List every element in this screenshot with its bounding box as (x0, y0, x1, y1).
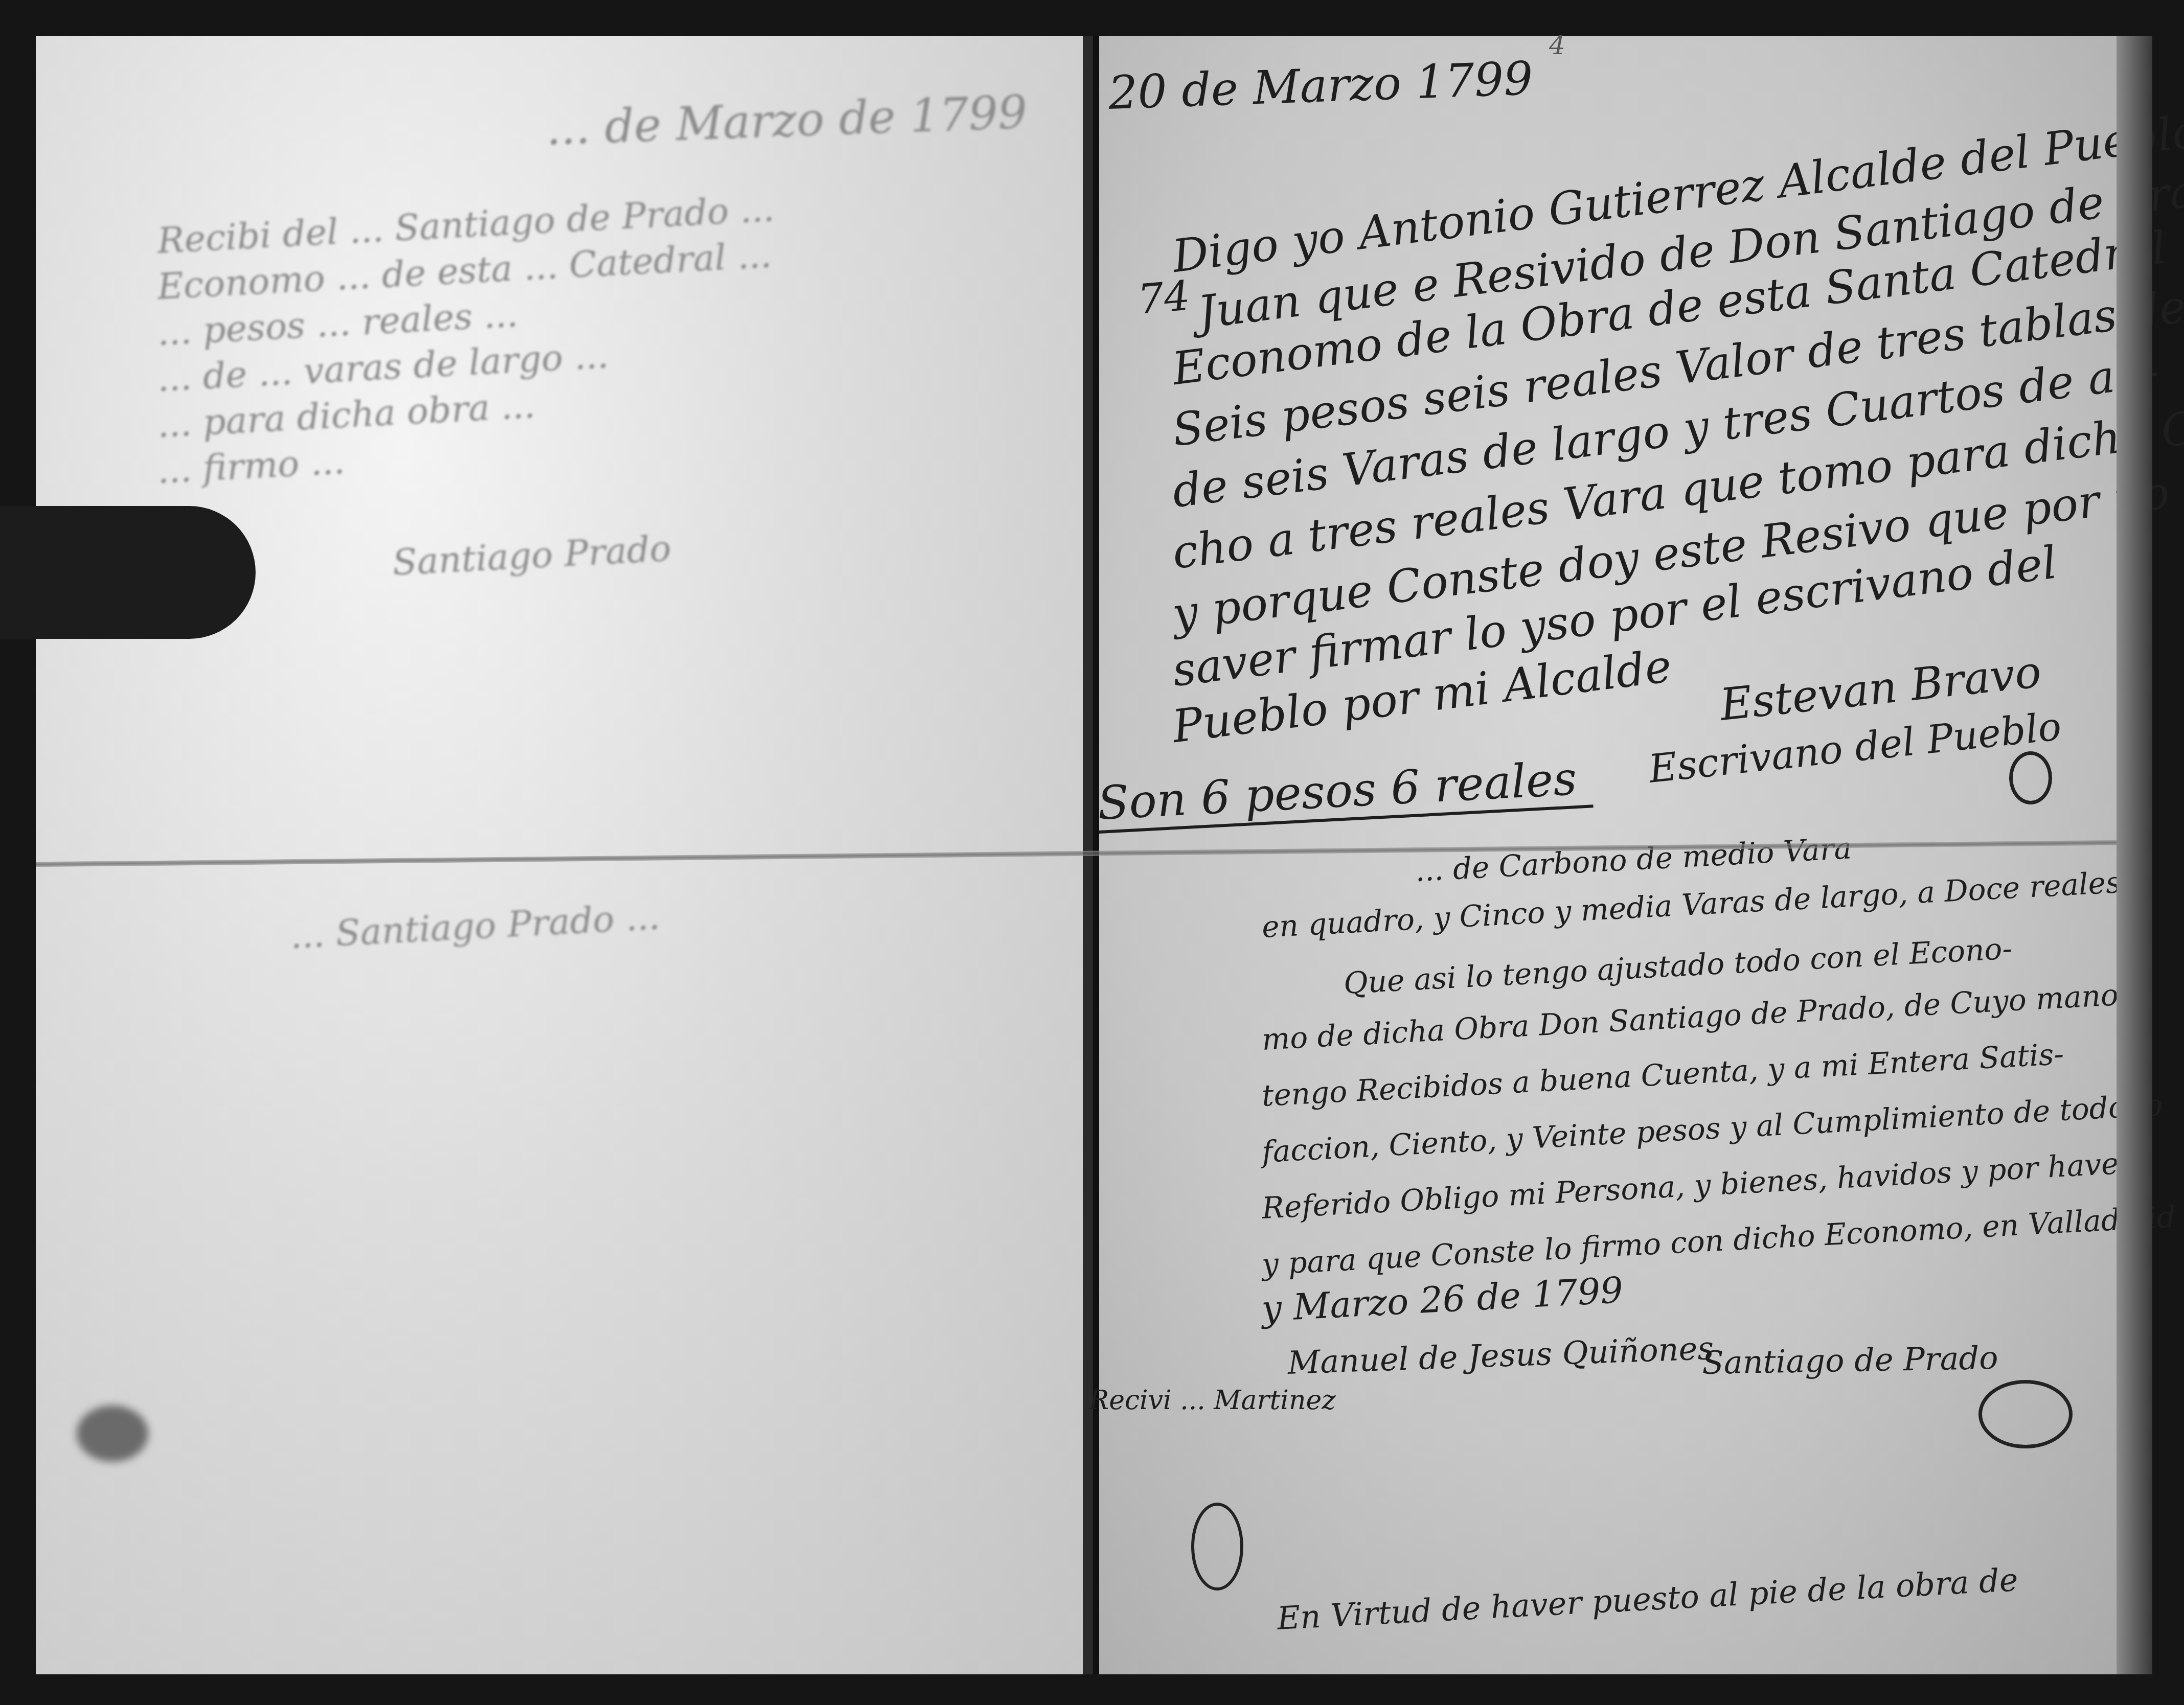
signature-quinones: Manuel de Jesus Quiñones (1287, 1329, 1714, 1381)
left-lower-note: ... Santiago Prado ... (289, 895, 661, 957)
right-page: 4 20 de Marzo 1799 74 Digo yo Antonio Gu… (1099, 36, 2117, 1674)
left-body-line: ... firmo ... (156, 440, 346, 492)
rubric-flourish (2009, 751, 2052, 804)
prado-rubric (1978, 1380, 2073, 1448)
page-edge (2117, 36, 2152, 1674)
margin-note: Recivi ... Martinez (1089, 1385, 1336, 1416)
ink-stain (77, 1406, 148, 1462)
left-signature: Santiago Prado (392, 527, 672, 584)
folio-mark: 4 (1549, 31, 1565, 60)
left-date-header: ... de Marzo de 1799 (545, 85, 1028, 156)
signature-prado: Santiago de Prado (1702, 1339, 1998, 1381)
thumb-shadow (0, 506, 256, 639)
rubric-flourish-lower (1191, 1503, 1243, 1591)
bottom-line: En Virtud de haver puesto al pie de la o… (1276, 1561, 2019, 1637)
amount-total: Son 6 pesos 6 reales (1096, 751, 1594, 834)
second-receipt-line: ... de Carbono de medio Vara (1414, 831, 1852, 888)
date-header: 20 de Marzo 1799 (1107, 52, 1534, 120)
